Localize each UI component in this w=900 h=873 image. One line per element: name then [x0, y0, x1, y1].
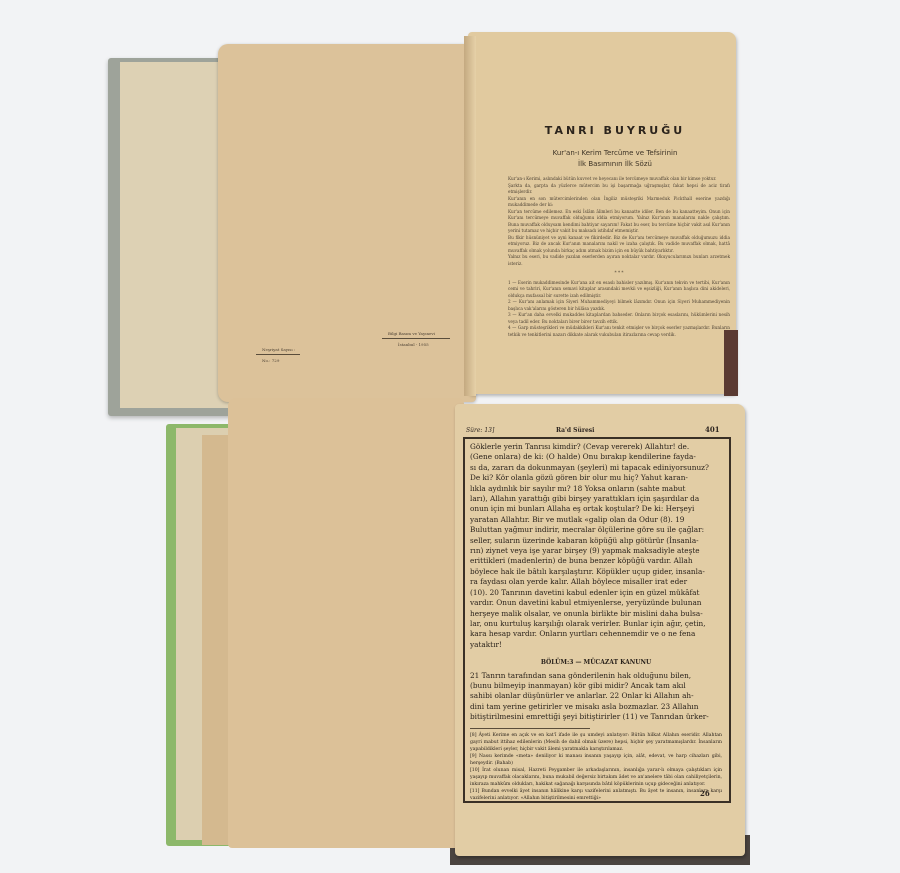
preface-paragraph: Kur'an tercüme edilemez. En eski İslâm â…: [508, 209, 730, 235]
verse-line: ları), Allahın yarattığı gibi birşey yar…: [470, 494, 722, 504]
imprint-series-number: No.: 729: [262, 358, 279, 363]
separator: * * *: [508, 270, 730, 277]
page-number: 26: [700, 789, 710, 798]
page-header-number: 401: [705, 425, 720, 434]
verse-line: vardır. Onun davetini kabul etmiyenlerse…: [470, 598, 722, 608]
verse-line: yaratan Allahtır. Bir ve mutlak «galip o…: [470, 515, 722, 525]
verse-line: lar, onu kurtuluş karşılığı olarak verir…: [470, 619, 722, 629]
footnote: [9] Nassı kerimde «meta» deniliyor ki ma…: [470, 753, 722, 767]
page-header-title: Ra'd Süresi: [556, 427, 594, 434]
bottom-book-left-page: [228, 398, 464, 848]
imprint-rule-right: [382, 338, 450, 339]
verse-line: herşeye malik olsalar, ve onunla birlikt…: [470, 609, 722, 619]
verse-line: yataktır!: [470, 640, 722, 650]
note-item: 1 — Eserin mukaddimesinde Kur'ana ait en…: [508, 280, 730, 300]
top-book-gutter: [464, 36, 476, 396]
imprint-place-year: İstanbul - 1955: [398, 342, 429, 347]
section-line: 21 Tanrın tarafından sana gönderilenin h…: [470, 671, 722, 681]
verse-line: sı da, zararı da dokunmayan (şeyleri) mi…: [470, 463, 722, 473]
verse-line: Göklerle yerin Tanrısı kimdir? (Cevap ve…: [470, 442, 722, 452]
section-line: (bunu bilmeyip inanmayan) kör gibi midir…: [470, 681, 722, 691]
top-book-left-page: [218, 44, 476, 402]
footnote: [11] Bundan evvelki âyet insanın hâlikin…: [470, 788, 722, 802]
top-book-page-edge: [724, 330, 738, 396]
subtitle-line-1: Kur'an-ı Kerim Tercüme ve Tefsirinin: [480, 148, 750, 159]
footnote-rule: [470, 728, 590, 729]
verse-line: erittikleri (madenlerin) de buna benzer …: [470, 556, 722, 566]
book-title: TANRI BUYRUĞU: [480, 124, 750, 137]
note-item: 4 — Garp müsteşrikleri ve müdakkikleri K…: [508, 325, 730, 338]
verse-text: Göklerle yerin Tanrısı kimdir? (Cevap ve…: [470, 442, 722, 802]
verse-line: (Gene onlara) de ki: (O halde) Onu bırak…: [470, 452, 722, 462]
subtitle-line-2: İlk Basımının İlk Sözü: [480, 159, 750, 170]
imprint-rule-left: [256, 354, 300, 355]
verse-line: böylece hak ile bâtılı karşılaştırır. Kö…: [470, 567, 722, 577]
note-item: 3 — Kur'an daha evvelki mukaddes kitapla…: [508, 312, 730, 325]
verse-line: Buluttan yağmur indirir, mecralar ölçüle…: [470, 525, 722, 535]
verse-line: seller, suların üzerinde kabaran köpüğü …: [470, 536, 722, 546]
footnote: [10] İrat olunan misal, Hazreti Peygambe…: [470, 767, 722, 788]
verse-line: De ki? Kör olanla gözü gören bir olur mu…: [470, 473, 722, 483]
section-heading: BÖLÜM:3 — MÜCAZAT KANUNU: [470, 658, 722, 668]
book-subtitle: Kur'an-ı Kerim Tercüme ve Tefsirinin İlk…: [480, 148, 750, 170]
imprint-publisher: Bilgi Basım ve Yayınevi: [388, 331, 435, 336]
verse-line: (10). 20 Tanrının davetini kabul edenler…: [470, 588, 722, 598]
footnote: [8] Âyeti Kerime en açık ve en kat'î ifa…: [470, 732, 722, 753]
preface-paragraph: Kur'anın en son mütercimlerinden olan İn…: [508, 196, 730, 209]
verse-line: kara hesap vardır. Onların yurtları cehe…: [470, 629, 722, 639]
verse-line: onun için mi bunları Allaha eş ortak koş…: [470, 504, 722, 514]
preface-paragraph: Kur'an-ı Kerimi, aslındaki bütün kuvvet …: [508, 176, 730, 183]
section-line: sahibi olanlar düşünürler ve anlarlar. 2…: [470, 691, 722, 701]
verse-line: lıkla aydınlık bir sayılır mı? 18 Yoksa …: [470, 484, 722, 494]
note-item: 2 — Kur'anı anlamak için Siyeri Muhammed…: [508, 299, 730, 312]
preface-paragraph: Bu fikir hüsnüniyet ve ayni kanaat ve fi…: [508, 235, 730, 255]
preface-paragraph: Yalnız bu eseri, bu vadide yazılan eserl…: [508, 254, 730, 267]
verse-line: ra faydası olan yerde kalır. Allah böyle…: [470, 577, 722, 587]
preface-text: Kur'an-ı Kerimi, aslındaki bütün kuvvet …: [508, 176, 730, 338]
imprint-series-label: Neşriyat Sayısı :: [262, 347, 295, 352]
verse-line: rın) ziynet veya işe yarar birşey (9) ya…: [470, 546, 722, 556]
preface-paragraph: Şarkta da, garpta da yüzlerce mütercim b…: [508, 183, 730, 196]
section-line: bitiştirilmesini emrettiği şeyi bitiştir…: [470, 712, 722, 722]
section-line: dini tam yerine getirirler ve misakı asl…: [470, 702, 722, 712]
page-header-sure: Süre: 13]: [466, 427, 494, 434]
